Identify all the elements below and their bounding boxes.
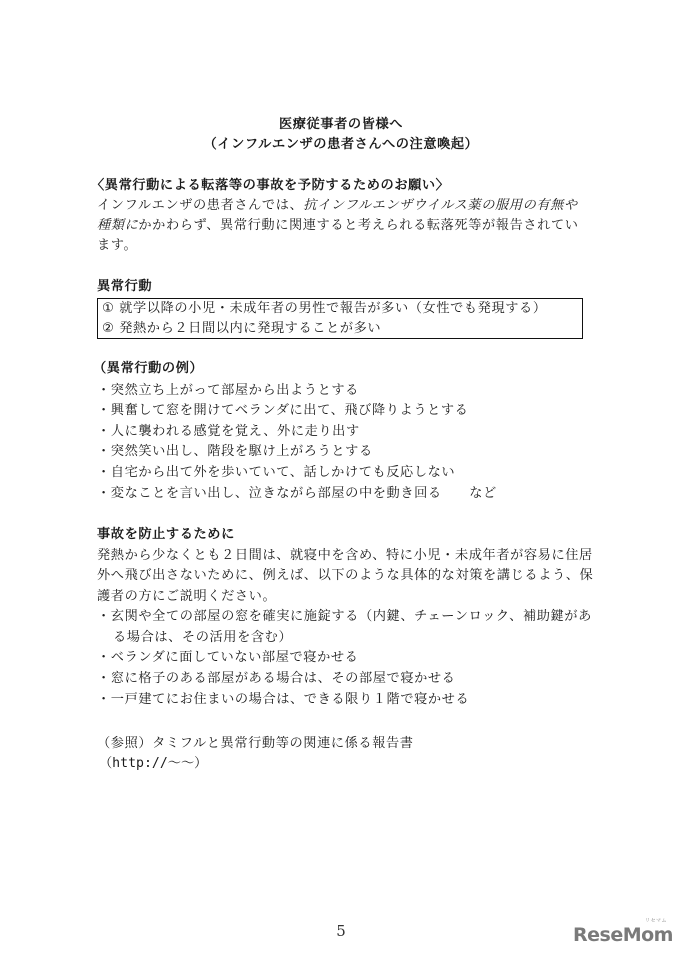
prevention-item-continuation: る場合は、その活用を含む） — [113, 628, 292, 648]
prevention-item: ・玄関や全ての部屋の窓を確実に施錠する（内鍵、チェーンロック、補助鍵があ — [97, 607, 592, 627]
prevention-item: ・窓に格子のある部屋がある場合は、その部屋で寝かせる — [97, 669, 455, 689]
resemom-logo: ReseMom — [573, 924, 673, 946]
prevention-paragraph-line: 外へ飛び出さないために、例えば、以下のような具体的な対策を講じるよう、保 — [97, 566, 593, 586]
abnormal-behavior-box: ① 就学以降の小児・未成年者の男性で報告が多い（女性でも発現する） ② 発熱から… — [97, 298, 583, 339]
example-item: ・変なことを言い出し、泣きながら部屋の中を動き回る など — [97, 484, 497, 504]
examples-heading: （異常行動の例） — [93, 359, 203, 379]
title-line-1: 医療従事者の皆様へ — [0, 115, 682, 135]
box-item: ① 就学以降の小児・未成年者の男性で報告が多い（女性でも発現する） — [102, 299, 547, 319]
title-line-2: （インフルエンザの患者さんへの注意喚起） — [0, 135, 682, 155]
request-italic-text: 種類に — [97, 218, 138, 233]
reference-url: （http://〜〜） — [99, 754, 207, 774]
request-text: かかわらず、異常行動に関連すると考えられる転落死等が報告されてい — [138, 218, 578, 233]
request-italic-text: 抗インフルエンザウイルス薬の服用の有無や — [303, 198, 577, 213]
prevention-heading: 事故を防止するために — [97, 525, 235, 545]
request-paragraph-line-2: 種類にかかわらず、異常行動に関連すると考えられる転落死等が報告されてい — [97, 216, 579, 236]
prevention-paragraph-line: 発熱から少なくとも２日間は、就寝中を含め、特に小児・未成年者が容易に住居 — [97, 546, 593, 566]
abnormal-behavior-heading: 異常行動 — [97, 277, 152, 297]
example-item: ・自宅から出て外を歩いていて、話しかけても反応しない — [97, 463, 455, 483]
reference-line-1: （参照）タミフルと異常行動等の関連に係る報告書 — [97, 734, 414, 754]
prevention-item: ・ベランダに面していない部屋で寝かせる — [97, 648, 358, 668]
example-item: ・興奮して窓を開けてベランダに出て、飛び降りようとする — [97, 401, 468, 421]
prevention-item: ・一戸建てにお住まいの場合は、できる限り１階で寝かせる — [97, 690, 469, 710]
example-item: ・突然立ち上がって部屋から出ようとする — [97, 381, 359, 401]
request-heading: 〈異常行動による転落等の事故を予防するためのお願い〉 — [91, 176, 449, 196]
request-paragraph-line-1: インフルエンザの患者さんでは、抗インフルエンザウイルス薬の服用の有無や — [97, 196, 578, 216]
prevention-paragraph-line: 護者の方にご説明ください。 — [97, 587, 276, 607]
example-item: ・人に襲われる感覚を覚え、外に走り出す — [97, 422, 360, 442]
request-paragraph-line-3: ます。 — [97, 236, 137, 256]
document-page: 医療従事者の皆様へ （インフルエンザの患者さんへの注意喚起） 〈異常行動による転… — [0, 0, 682, 963]
example-item: ・突然笑い出し、階段を駆け上がろうとする — [97, 442, 373, 462]
request-text: インフルエンザの患者さんでは、 — [97, 198, 303, 213]
resemom-logo-ruby: リセマム — [645, 917, 667, 924]
box-item: ② 発熱から２日間以内に発現することが多い — [102, 319, 381, 339]
